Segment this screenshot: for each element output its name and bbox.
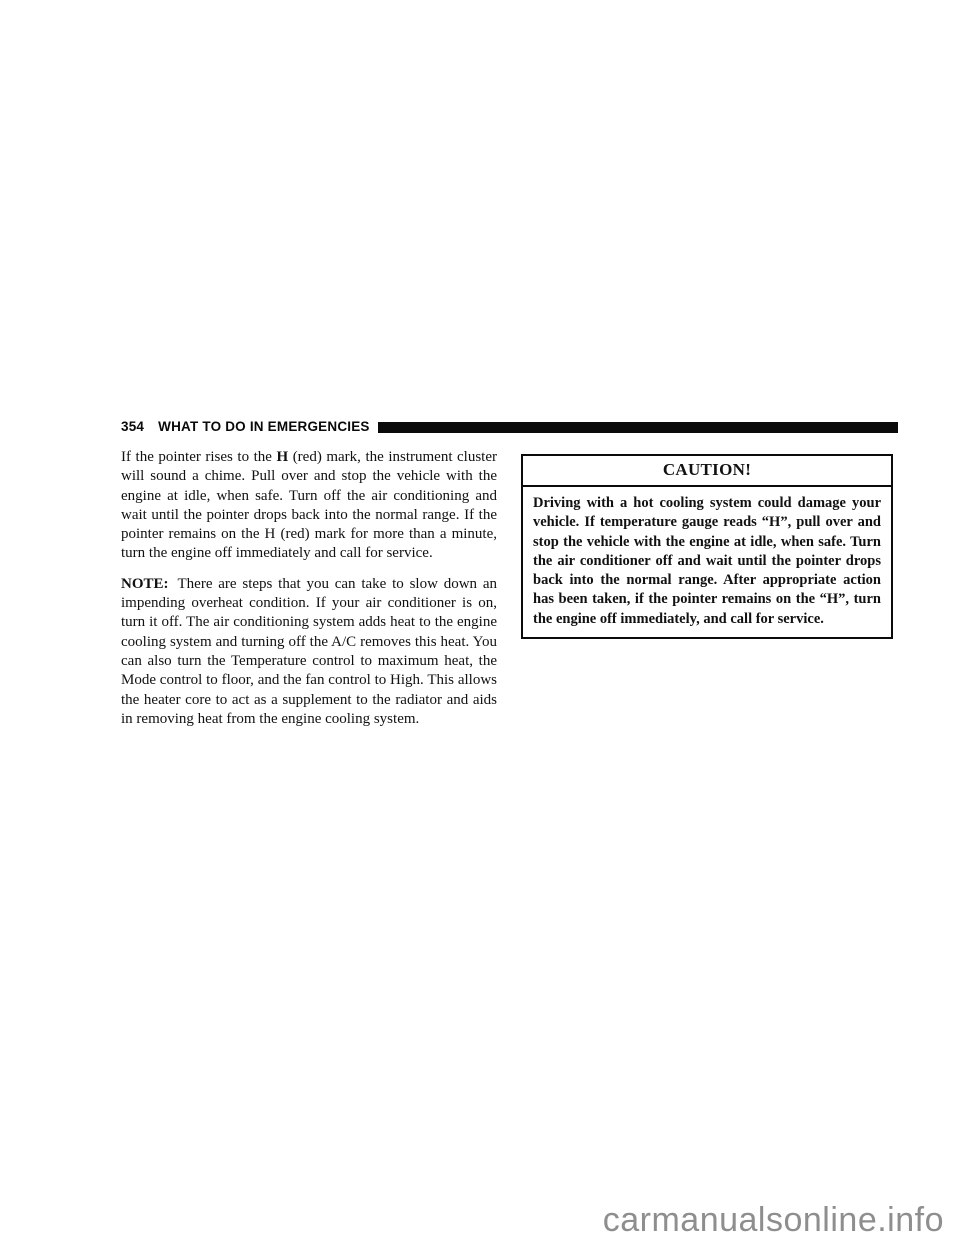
bold-h-mark: H <box>276 449 288 465</box>
manual-page: 354 WHAT TO DO IN EMERGENCIES If the poi… <box>0 0 960 1242</box>
page-header: 354 WHAT TO DO IN EMERGENCIES <box>121 419 898 434</box>
caution-box: CAUTION! Driving with a hot cooling syst… <box>521 454 893 639</box>
note-text: There are steps that you can take to slo… <box>121 576 497 727</box>
page-number: 354 <box>121 419 144 434</box>
caution-text: Driving with a hot cooling system could … <box>523 487 891 637</box>
caution-title: CAUTION! <box>523 456 891 487</box>
watermark: carmanualsonline.info <box>603 1201 944 1240</box>
paragraph-note: NOTE:There are steps that you can take t… <box>121 575 497 729</box>
body-column: If the pointer rises to the H (red) mark… <box>121 448 497 740</box>
paragraph-overheat-text-pre: If the pointer rises to the <box>121 449 276 465</box>
chapter-title: WHAT TO DO IN EMERGENCIES <box>158 419 370 434</box>
header-rule <box>378 422 898 433</box>
paragraph-overheat-text-post: (red) mark, the instrument cluster will … <box>121 449 497 561</box>
paragraph-overheat: If the pointer rises to the H (red) mark… <box>121 448 497 564</box>
note-label: NOTE: <box>121 576 169 592</box>
